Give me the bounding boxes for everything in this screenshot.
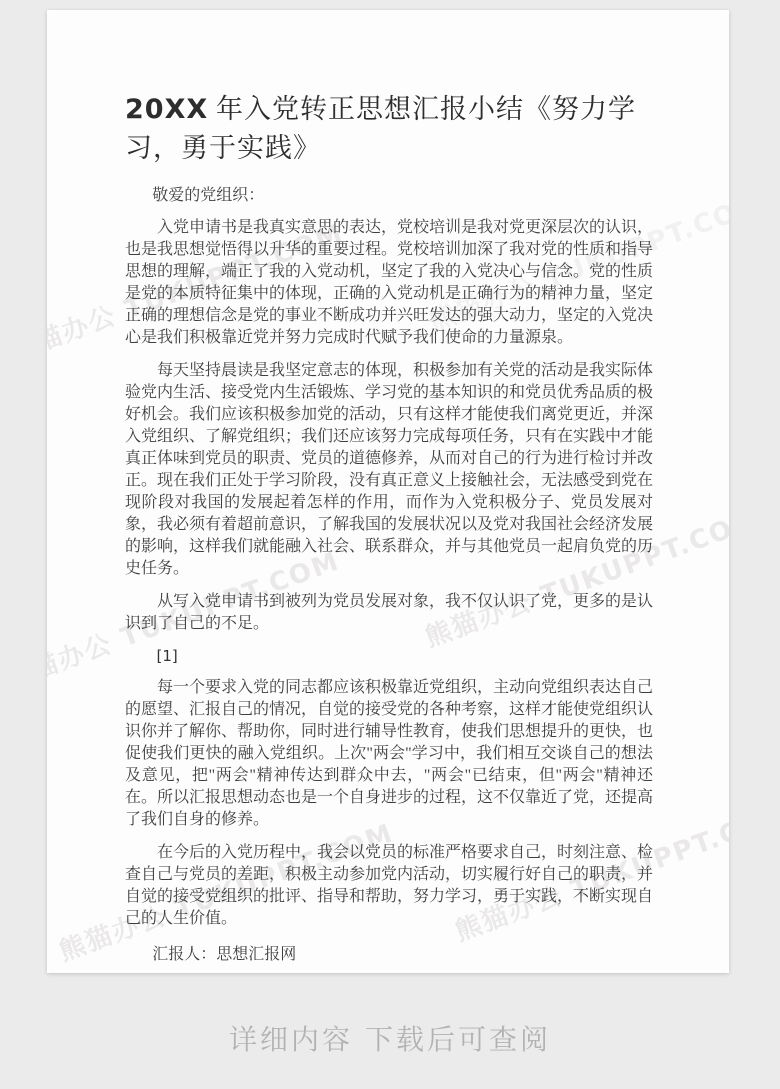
document-title: 20XX 年入党转正思想汇报小结《努力学习，勇于实践》 [125, 90, 653, 167]
document-content: 20XX 年入党转正思想汇报小结《努力学习，勇于实践》 敬爱的党组织： 入党申请… [47, 10, 729, 966]
page-background: 熊猫办公 TUKUPPT.COM 熊猫办公 TUKUPPT.COM 熊猫办公 T… [0, 0, 780, 1089]
title-year: 20XX [125, 94, 208, 125]
paragraph-2: 每天坚持晨读是我坚定意志的体现，积极参加有关党的活动是我实际体验党内生活、接受党… [125, 360, 653, 580]
paragraph-3: 从写入党申请书到被列为党员发展对象，我不仅认识了党，更多的是认识到了自己的不足。 [125, 591, 653, 635]
download-notice: 详细内容 下载后可查阅 [0, 1018, 780, 1058]
paragraph-4: 每一个要求入党的同志都应该积极靠近党组织，主动向党组织表达自己的愿望、汇报自己的… [125, 677, 653, 831]
document-page: 熊猫办公 TUKUPPT.COM 熊猫办公 TUKUPPT.COM 熊猫办公 T… [47, 10, 729, 973]
paragraph-5: 在今后的入党历程中，我会以党员的标准严格要求自己，时刻注意、检查自己与党员的差距… [125, 842, 653, 930]
salutation: 敬爱的党组织： [125, 185, 653, 207]
signature: 汇报人：思想汇报网 [125, 944, 653, 966]
footnote-marker: [1] [125, 646, 653, 666]
paragraph-1: 入党申请书是我真实意思的表达，党校培训是我对党更深层次的认识，也是我思想觉悟得以… [125, 217, 653, 349]
